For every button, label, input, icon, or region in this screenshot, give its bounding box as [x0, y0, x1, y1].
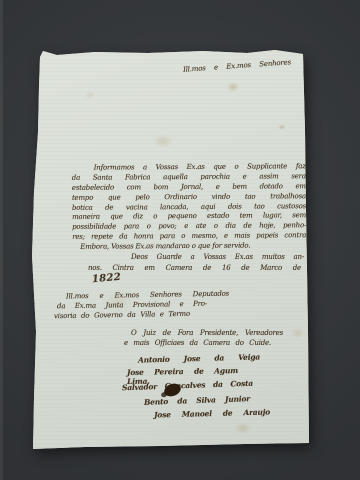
manuscript-paper: Ill.mos e Ex.mos Senhores Informamos a V…: [0, 0, 360, 480]
address-line: visoria do Governo da Villa e Termo: [54, 310, 190, 320]
attribution-line: e mais Officiaes da Camera do Cuide.: [124, 339, 271, 347]
signature-line: Antonio Jose da Veiga: [138, 352, 260, 364]
photo-background: Ill.mos e Ex.mos Senhores Informamos a V…: [0, 0, 360, 480]
address-line: da Ex.ma Junta Provisional e Pro-: [57, 300, 207, 311]
date-year: 1822: [92, 272, 122, 285]
signature-line: Jose Manoel de Araujo: [154, 407, 270, 419]
manuscript-paper-wrap: Ill.mos e Ex.mos Senhores Informamos a V…: [0, 0, 360, 480]
closing-line: Deos Guarde a Vossas Ex.as muitos an-: [131, 253, 304, 261]
body-paragraph: Informamos a Vossas Ex.as que o Supplica…: [72, 162, 307, 253]
attribution-line: O Juiz de Fora Presidente, Vereadores: [131, 329, 283, 337]
signature-line: Bento da Silva Junior: [144, 394, 250, 407]
salutation-line: Ill.mos e Ex.mos Senhores: [183, 58, 291, 74]
body-line: Embora, Vossas Ex.as mandarao o que for …: [72, 241, 306, 253]
